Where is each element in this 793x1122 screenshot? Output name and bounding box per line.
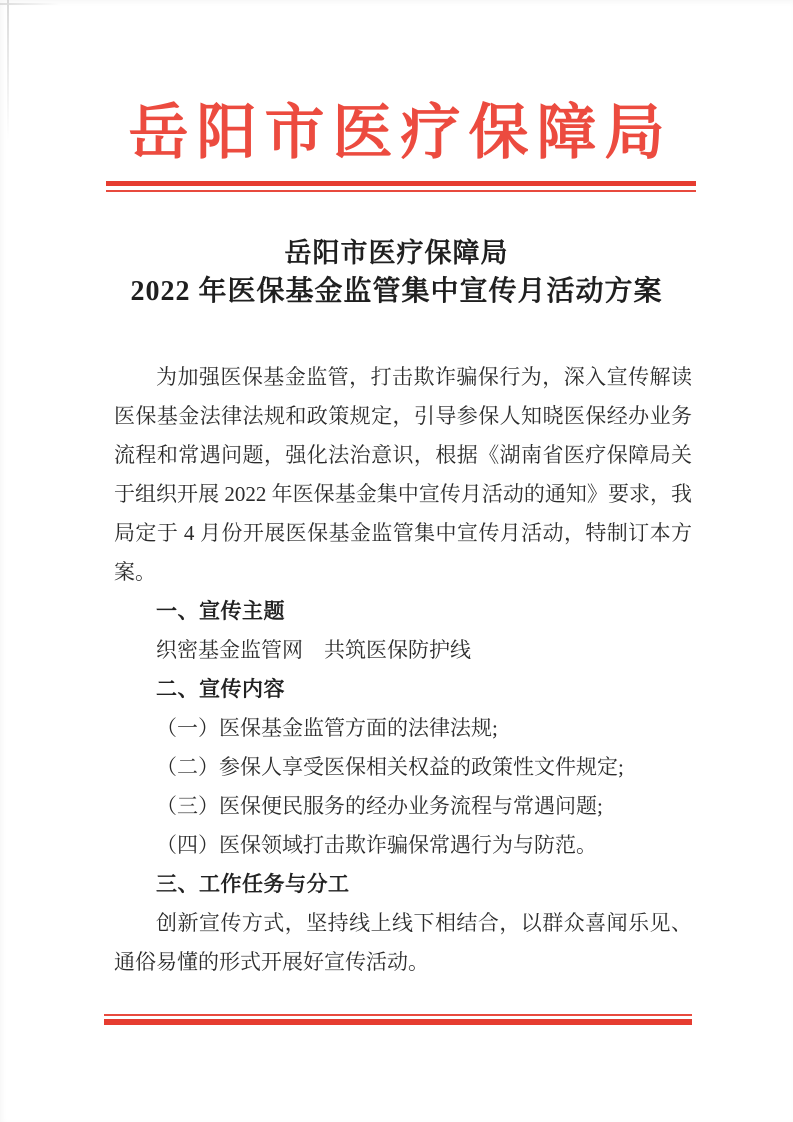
section-3-heading: 三、工作任务与分工 (114, 865, 692, 904)
section-1-theme-line: 织密基金监管网 共筑医保防护线 (114, 631, 692, 670)
letterhead-divider-thin-line (106, 190, 696, 192)
section-3-paragraph: 创新宣传方式，坚持线上线下相结合，以群众喜闻乐见、通俗易懂的形式开展好宣传活动。 (114, 904, 692, 982)
intro-paragraph: 为加强医保基金监管，打击欺诈骗保行为，深入宣传解读医保基金法律法规和政策规定，引… (114, 358, 692, 592)
section-2-item-1: （一）医保基金监管方面的法律法规; (114, 709, 692, 748)
letterhead-divider-thick-line (106, 181, 696, 186)
document-title-line1: 岳阳市医疗保障局 (0, 234, 793, 272)
document-body: 为加强医保基金监管，打击欺诈骗保行为，深入宣传解读医保基金法律法规和政策规定，引… (114, 358, 692, 982)
document-title-line2: 2022 年医保基金监管集中宣传月活动方案 (0, 272, 793, 312)
document-page: 岳阳市医疗保障局 岳阳市医疗保障局 2022 年医保基金监管集中宣传月活动方案 … (0, 0, 793, 1122)
footer-divider-thick-line (104, 1019, 692, 1025)
scan-edge-artifact (0, 3, 60, 5)
section-2-item-2: （二）参保人享受医保相关权益的政策性文件规定; (114, 748, 692, 787)
footer-divider-thin-line (104, 1014, 692, 1016)
document-title: 岳阳市医疗保障局 2022 年医保基金监管集中宣传月活动方案 (0, 234, 793, 312)
section-2-heading: 二、宣传内容 (114, 670, 692, 709)
section-1-heading: 一、宣传主题 (114, 592, 692, 631)
section-2-item-4: （四）医保领域打击欺诈骗保常遇行为与防范。 (114, 826, 692, 865)
letterhead-agency-name: 岳阳市医疗保障局 (0, 98, 793, 168)
letterhead-divider (106, 181, 696, 192)
footer-divider (104, 1014, 692, 1025)
section-2-item-3: （三）医保便民服务的经办业务流程与常遇问题; (114, 787, 692, 826)
